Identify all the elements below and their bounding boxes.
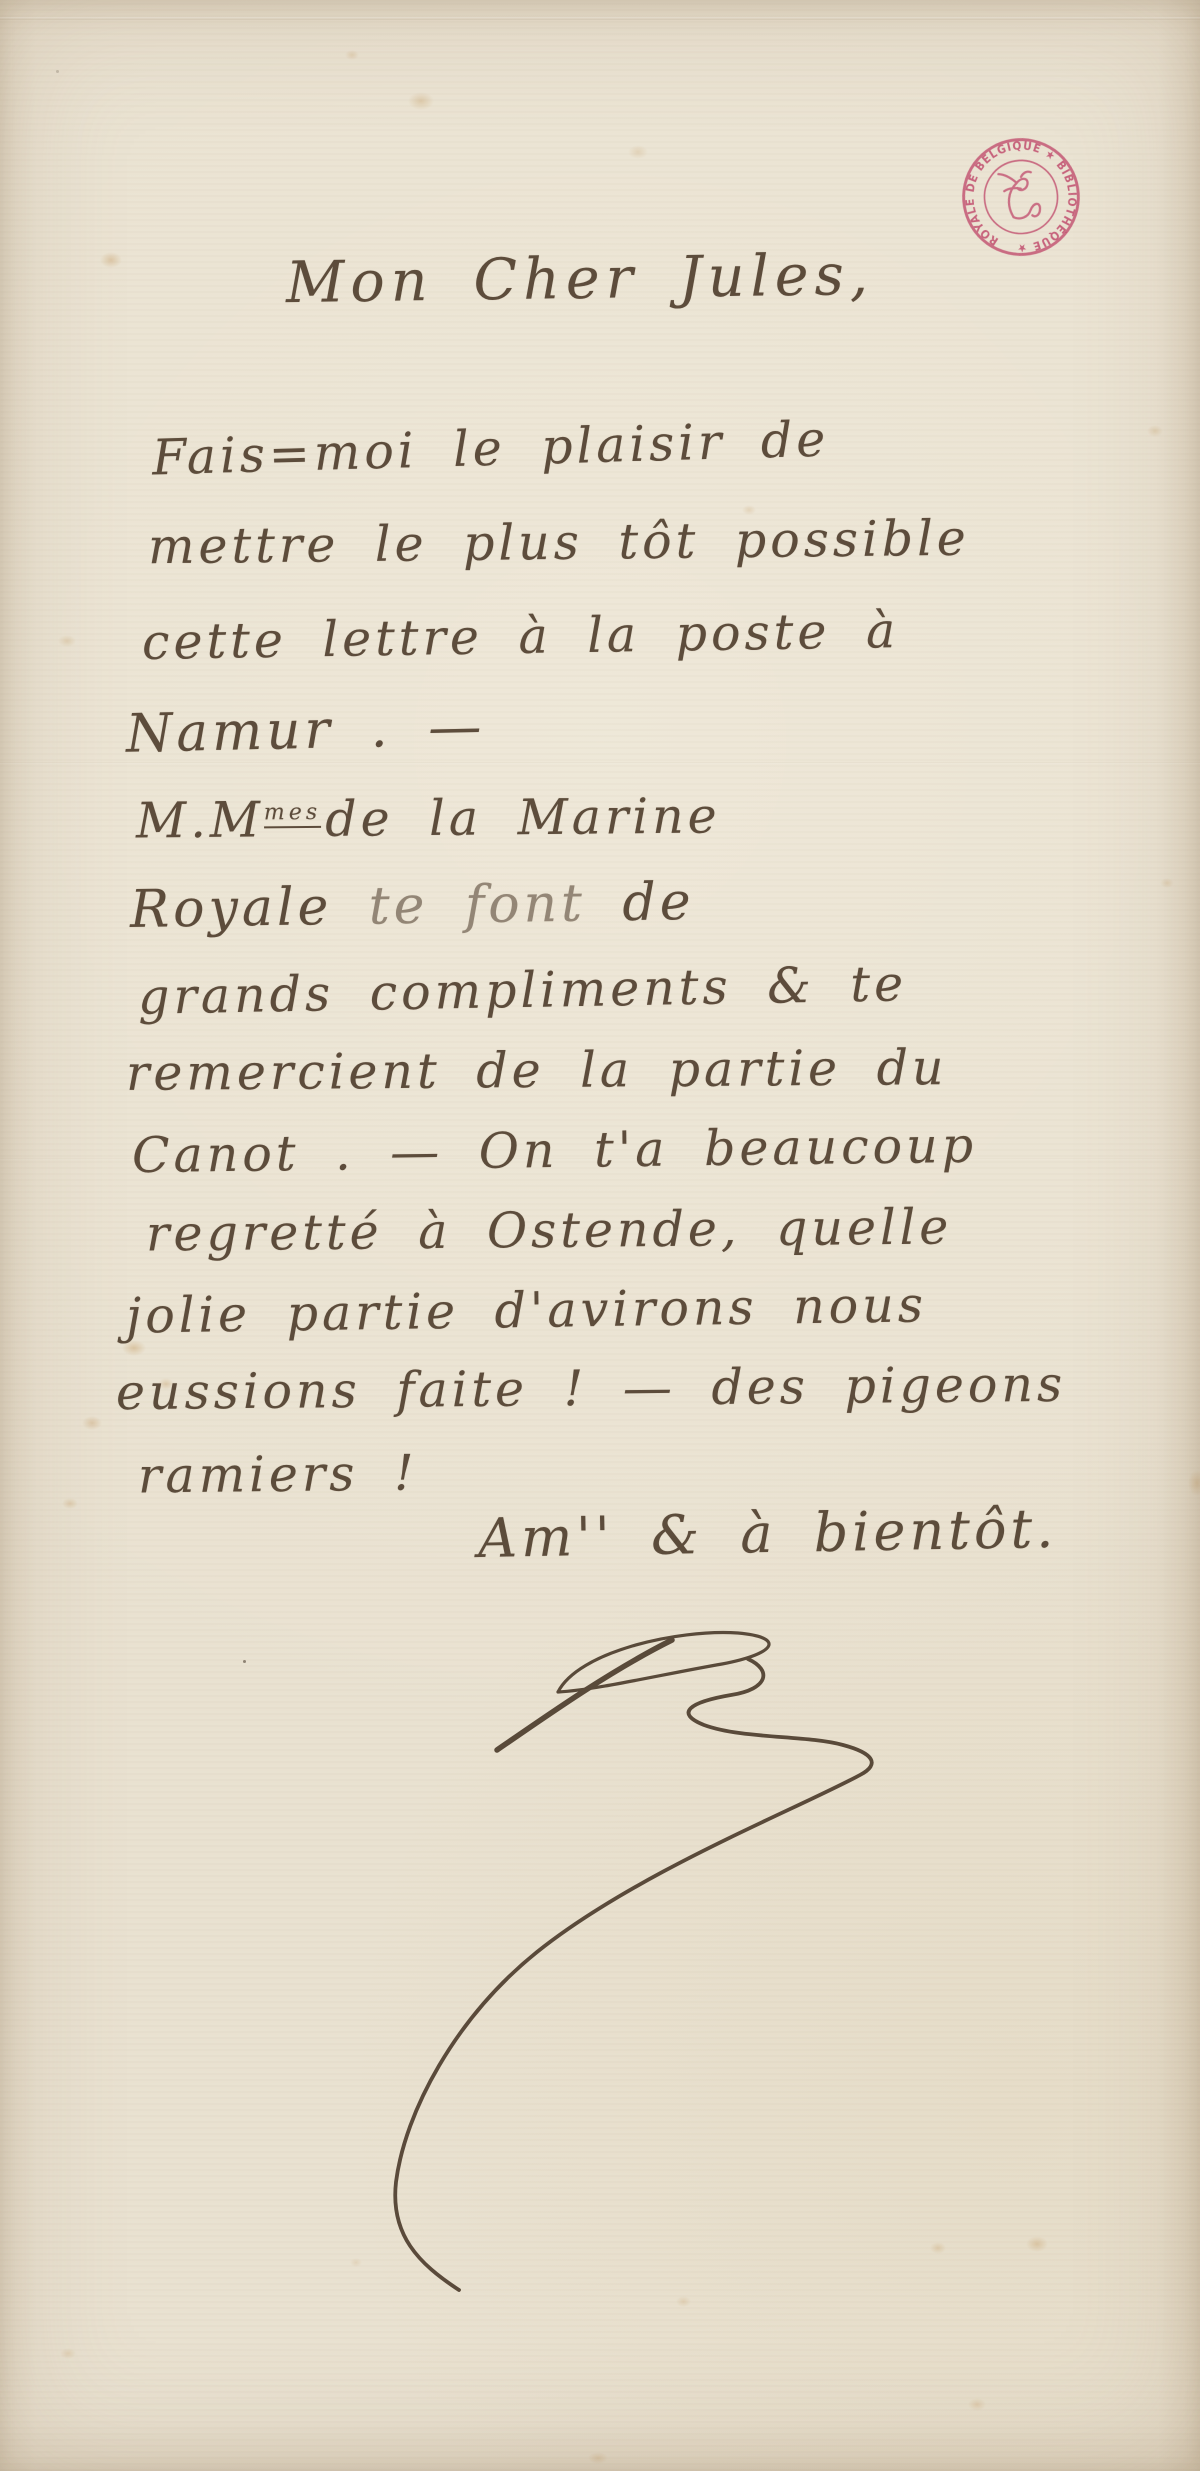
foxing-spot xyxy=(676,2296,691,2307)
letter-line: grands compliments & te xyxy=(138,955,908,1025)
foxing-spot xyxy=(350,2258,362,2267)
letter-line-salutation: Mon Cher Jules, xyxy=(286,242,875,316)
foxing-spot xyxy=(588,2452,608,2464)
foxing-spot xyxy=(100,252,122,268)
letter-line: remercient de la partie du xyxy=(126,1039,948,1102)
letter-line: mettre le plus tôt possible xyxy=(148,510,970,576)
foxing-spot xyxy=(345,50,359,60)
foxing-spot xyxy=(1147,425,1163,437)
abbrev-superscript: mes xyxy=(264,800,322,828)
library-stamp: ROYALE DE BELGIQUE ★ BIBLIOTHÈQUE ★ xyxy=(937,113,1104,280)
foxing-spot xyxy=(408,92,434,110)
foxing-spot xyxy=(968,2398,986,2411)
line-rest: de la Marine xyxy=(325,787,721,847)
stamp-ring-text: ROYALE DE BELGIQUE ★ BIBLIOTHÈQUE ★ xyxy=(954,130,1088,264)
letter-line: eussions faite ! — des pigeons xyxy=(116,1356,1067,1421)
letter-line: Canot . — On t'a beaucoup xyxy=(132,1117,978,1184)
stamp-inner-ring xyxy=(979,155,1063,239)
foxing-spot xyxy=(60,2348,76,2359)
letter-line-closing: Am'' & à bientôt. xyxy=(477,1497,1057,1570)
letter-line: Namur . — xyxy=(125,696,485,765)
letter-line: Fais=moi le plaisir de xyxy=(151,411,830,487)
foxing-spot xyxy=(628,145,648,159)
letter-line: cette lettre à la poste à xyxy=(142,602,900,671)
abbrev-prefix: M.M xyxy=(136,791,264,849)
signature-tail-stroke xyxy=(395,1659,872,2290)
signature-slash-stroke xyxy=(497,1640,672,1750)
letter-line: regretté à Ostende, quelle xyxy=(146,1198,953,1262)
line-part: Royale xyxy=(130,877,370,940)
stamp-ring-text-holder: ROYALE DE BELGIQUE ★ BIBLIOTHÈQUE ★ xyxy=(954,130,1088,264)
paper-crease xyxy=(0,17,1200,20)
faded-ink-words: te font xyxy=(368,874,586,937)
foxing-spot xyxy=(58,635,76,647)
foxing-spot xyxy=(62,1498,78,1509)
ink-speck xyxy=(56,70,59,73)
foxing-spot xyxy=(1188,1470,1200,1496)
letter-line: M.Mmesde la Marine xyxy=(136,787,721,849)
lion-emblem-icon xyxy=(998,169,1041,221)
foxing-spot xyxy=(1160,878,1174,888)
letter-line: ramiers ! xyxy=(138,1445,418,1505)
foxing-spot xyxy=(930,2242,946,2254)
foxing-spot xyxy=(82,1416,102,1430)
stamp-outer-ring xyxy=(955,131,1086,262)
ink-speck xyxy=(243,1660,246,1663)
letter-page: ROYALE DE BELGIQUE ★ BIBLIOTHÈQUE ★ Mon … xyxy=(0,0,1200,2471)
signature-loop-stroke xyxy=(558,1633,769,1692)
letter-line: jolie partie d'avirons nous xyxy=(126,1276,928,1344)
letter-line: Royale te font de xyxy=(130,872,695,940)
foxing-spot xyxy=(1026,2236,1048,2252)
line-part: de xyxy=(585,872,694,934)
